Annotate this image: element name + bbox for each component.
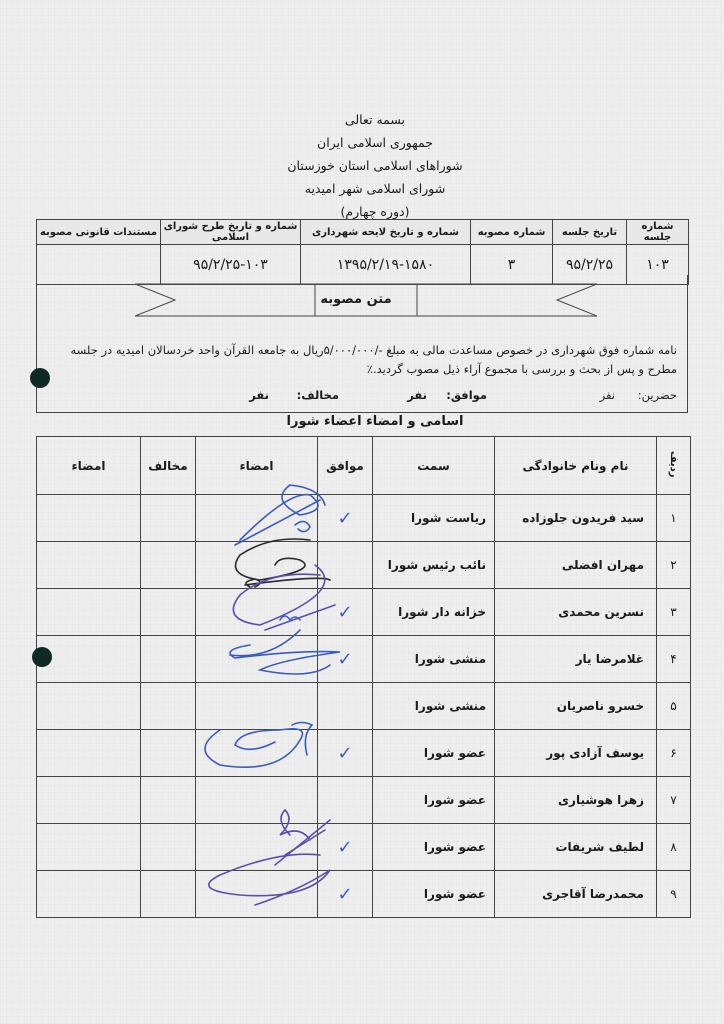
row-number: ۵ (657, 683, 691, 730)
oppose-cell (141, 495, 196, 542)
row-number: ۳ (657, 589, 691, 636)
oppose-signature (37, 730, 141, 777)
oppose-cell (141, 777, 196, 824)
resolution-title: متن مصوبه (295, 283, 417, 317)
col-position: سمت (373, 437, 495, 495)
agree-check: ✓ (318, 824, 373, 871)
header-line-provincial-councils: شوراهای اسلامی استان خوزستان (250, 154, 500, 177)
member-name: زهرا هوشیاری (495, 777, 657, 824)
row-number: ۴ (657, 636, 691, 683)
member-name: سید فریدون جلوزاده (495, 495, 657, 542)
agree-signature (196, 824, 318, 871)
row-number: ۲ (657, 542, 691, 589)
agree-signature (196, 777, 318, 824)
col-council-plan: شماره و تاریخ طرح شورای اسلامی (161, 220, 301, 245)
agree-signature (196, 871, 318, 918)
member-role: نائب رئیس شورا (373, 542, 495, 589)
member-name: یوسف آزادی پور (495, 730, 657, 777)
scanned-document-page: بسمه تعالی جمهوری اسلامی ایران شوراهای ا… (0, 0, 724, 1024)
table-row: ۴ غلامرضا یار منشی شورا ✓ (37, 636, 691, 683)
agree-check: ✓ (318, 589, 373, 636)
col-resolution-number: شماره مصوبه (471, 220, 553, 245)
table-row: ۳ نسرین محمدی خزانه دار شورا ✓ (37, 589, 691, 636)
member-role: عضو شورا (373, 824, 495, 871)
member-role: منشی شورا (373, 683, 495, 730)
agree-signature (196, 730, 318, 777)
table-row: ۵ خسرو ناصریان منشی شورا (37, 683, 691, 730)
session-info-header-row: شماره جلسه تاریخ جلسه شماره مصوبه شماره … (37, 220, 689, 245)
table-row: ۷ زهرا هوشیاری عضو شورا (37, 777, 691, 824)
col-agree: موافق (318, 437, 373, 495)
row-number: ۷ (657, 777, 691, 824)
oppose-unit: نفر (249, 388, 269, 402)
member-name: غلامرضا یار (495, 636, 657, 683)
oppose-cell (141, 824, 196, 871)
col-session-date: تاریخ جلسه (553, 220, 627, 245)
agree-signature (196, 542, 318, 589)
oppose-signature (37, 542, 141, 589)
row-number: ۹ (657, 871, 691, 918)
table-row: ۸ لطیف شریفات عضو شورا ✓ (37, 824, 691, 871)
table-row: ۹ محمدرضا آقاجری عضو شورا ✓ (37, 871, 691, 918)
agree-check (318, 777, 373, 824)
header-line-country: جمهوری اسلامی ایران (250, 131, 500, 154)
agree-label: موافق: (446, 388, 487, 402)
oppose-signature (37, 636, 141, 683)
oppose-cell (141, 542, 196, 589)
oppose-cell (141, 730, 196, 777)
member-name: خسرو ناصریان (495, 683, 657, 730)
oppose-cell (141, 871, 196, 918)
present-label: حضرین: (638, 388, 677, 402)
col-oppose: مخالف (141, 437, 196, 495)
agree-check: ✓ (318, 871, 373, 918)
row-number: ۸ (657, 824, 691, 871)
oppose-signature (37, 824, 141, 871)
header-line-basmala: بسمه تعالی (250, 108, 500, 131)
col-row-number: ردیف (657, 437, 691, 495)
members-header-row: ردیف نام ونام خانوادگی سمت موافق امضاء م… (37, 437, 691, 495)
row-number: ۱ (657, 495, 691, 542)
agree-signature (196, 636, 318, 683)
member-name: لطیف شریفات (495, 824, 657, 871)
member-name: نسرین محمدی (495, 589, 657, 636)
agree-check (318, 683, 373, 730)
document-header: بسمه تعالی جمهوری اسلامی ایران شوراهای ا… (250, 108, 500, 223)
present-unit: نفر (600, 388, 615, 402)
vote-summary: حضرین: نفر موافق: نفر مخالف: نفر (47, 388, 677, 406)
agree-check: ✓ (318, 730, 373, 777)
col-oppose-signature: امضاء (37, 437, 141, 495)
row-number: ۶ (657, 730, 691, 777)
agree-signature (196, 495, 318, 542)
col-municipality-bill: شماره و تاریخ لایحه شهرداری (301, 220, 471, 245)
col-full-name: نام ونام خانوادگی (495, 437, 657, 495)
oppose-signature (37, 871, 141, 918)
resolution-text: نامه شماره فوق شهرداری در خصوص مساعدت ما… (47, 341, 677, 379)
member-role: ریاست شورا (373, 495, 495, 542)
agree-signature (196, 589, 318, 636)
oppose-signature (37, 683, 141, 730)
agree-check: ✓ (318, 636, 373, 683)
members-title: اسامی و امضاء اعضاء شورا (250, 414, 500, 429)
table-row: ۶ یوسف آزادی پور عضو شورا ✓ (37, 730, 691, 777)
member-role: عضو شورا (373, 871, 495, 918)
header-line-city-council: شورای اسلامی شهر امیدیه (250, 177, 500, 200)
oppose-signature (37, 495, 141, 542)
agree-signature (196, 683, 318, 730)
oppose-cell (141, 589, 196, 636)
oppose-signature (37, 589, 141, 636)
member-role: عضو شورا (373, 777, 495, 824)
oppose-label: مخالف: (297, 388, 339, 402)
agree-unit: نفر (407, 388, 427, 402)
col-legal-basis: مستندات قانونی مصوبه (37, 220, 161, 245)
oppose-signature (37, 777, 141, 824)
punch-hole-icon (32, 647, 52, 667)
resolution-box: متن مصوبه نامه شماره فوق شهرداری در خصوص… (36, 275, 688, 413)
agree-check: ✓ (318, 495, 373, 542)
member-role: خزانه دار شورا (373, 589, 495, 636)
member-name: مهران افضلی (495, 542, 657, 589)
member-name: محمدرضا آقاجری (495, 871, 657, 918)
members-table: ردیف نام ونام خانوادگی سمت موافق امضاء م… (36, 436, 691, 918)
table-row: ۱ سید فریدون جلوزاده ریاست شورا ✓ (37, 495, 691, 542)
agree-check (318, 542, 373, 589)
table-row: ۲ مهران افضلی نائب رئیس شورا (37, 542, 691, 589)
col-agree-signature: امضاء (196, 437, 318, 495)
member-role: عضو شورا (373, 730, 495, 777)
oppose-cell (141, 636, 196, 683)
member-role: منشی شورا (373, 636, 495, 683)
punch-hole-icon (30, 368, 50, 388)
col-session-number: شماره جلسه (627, 220, 689, 245)
oppose-cell (141, 683, 196, 730)
